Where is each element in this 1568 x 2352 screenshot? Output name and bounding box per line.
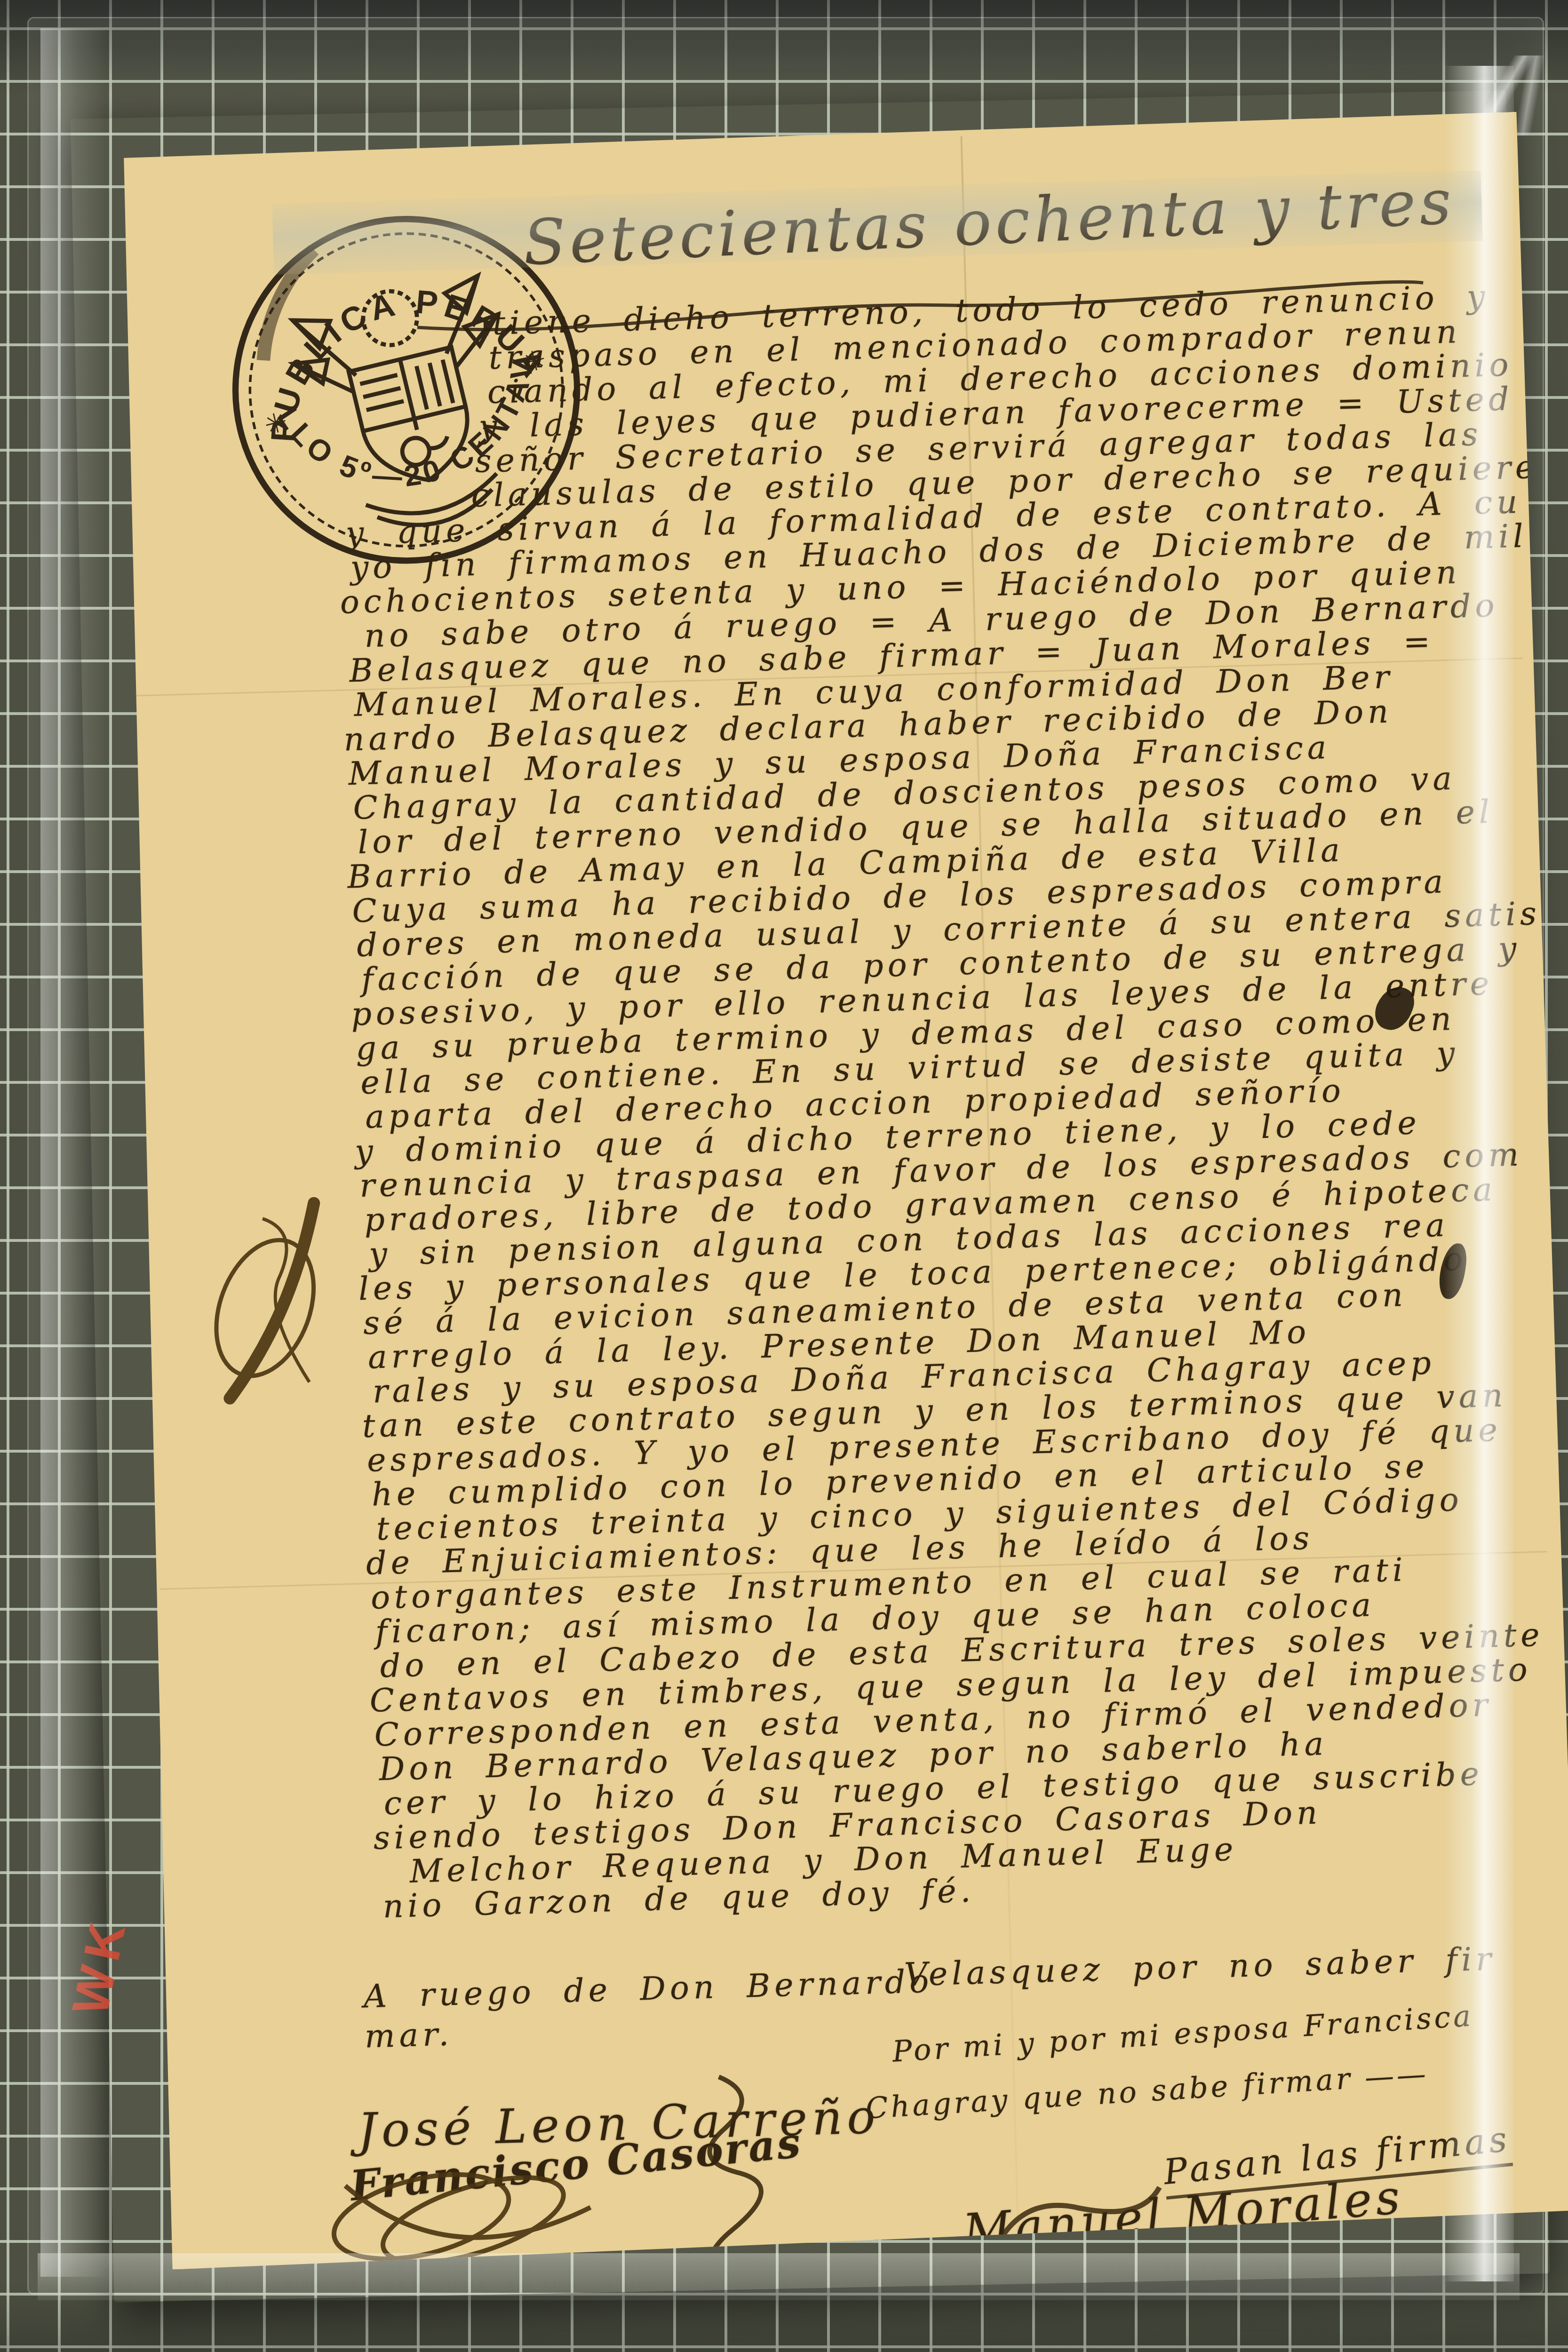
by-request-line: Velasquez por no saber fir	[904, 1940, 1496, 1991]
by-request-line: mar.	[364, 2016, 454, 2052]
sleeve-right-highlight	[1443, 66, 1514, 2281]
photo-scene: REPUBLICA PERUANA SELLO 5º—20 CENTAVOS ✳…	[0, 0, 1568, 2352]
wife-note: Chagray que no sabe firmar ——	[865, 2056, 1430, 2125]
document-page: REPUBLICA PERUANA SELLO 5º—20 CENTAVOS ✳…	[107, 111, 1568, 2270]
wife-note: Por mi y por mi esposa Francisca	[891, 1998, 1474, 2068]
sleeve-left-highlight	[40, 28, 106, 2277]
margin-rubric-flourish	[206, 1189, 339, 1427]
by-request-line: A ruego de Don Bernardo	[363, 1963, 933, 2013]
sleeve-bottom-edge	[38, 2253, 1520, 2300]
